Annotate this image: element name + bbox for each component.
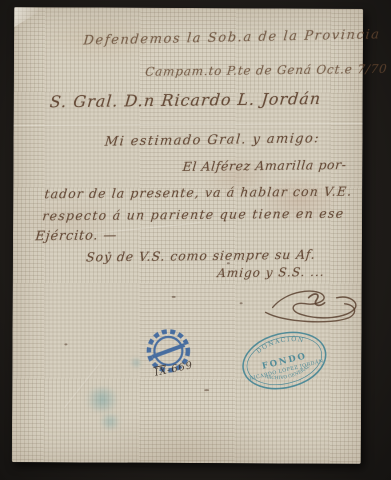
closing-line: Soy de V.S. como siempre su Af. [86, 247, 317, 265]
ink-speck [108, 252, 111, 254]
ink-speck [64, 343, 67, 345]
ink-smudge [98, 414, 122, 430]
motto-line: Defendemos la Sob.a de la Provincia [83, 27, 381, 48]
body-line: Ejército. — [35, 228, 118, 244]
letter-page: Defendemos la Sob.a de la Provincia Camp… [12, 7, 363, 464]
salutation-line: Mi estimado Gral. y amigo: [104, 131, 320, 149]
body-line: respecto á un pariente que tiene en ese [42, 206, 346, 224]
ink-smudge [130, 358, 142, 368]
photo-of-letter: Defendemos la Sob.a de la Provincia Camp… [0, 0, 391, 480]
closing-line: Amigo y S.S. ... [217, 265, 326, 280]
oval-archive-stamp: DONACIÓN FONDO RICARDO LÓPEZ JORDÁN ARCH… [232, 318, 337, 404]
ink-speck [204, 389, 209, 391]
diagonal-bar [152, 345, 184, 357]
ink-speck [172, 296, 176, 298]
body-line: tador de la presente, va á hablar con V.… [44, 184, 353, 202]
paper-fold-corner [14, 7, 46, 27]
dateline: Campam.to P.te de Gená Oct.e 7/70 [145, 62, 389, 79]
signature-flourish [261, 282, 361, 325]
body-line: El Alférez Amarilla por- [182, 157, 347, 174]
ink-speck [227, 262, 230, 264]
addressee-line: S. Gral. D.n Ricardo L. Jordán [49, 89, 322, 111]
ink-smudge [82, 387, 122, 411]
fold-crease [14, 123, 363, 127]
ink-speck [240, 302, 243, 304]
